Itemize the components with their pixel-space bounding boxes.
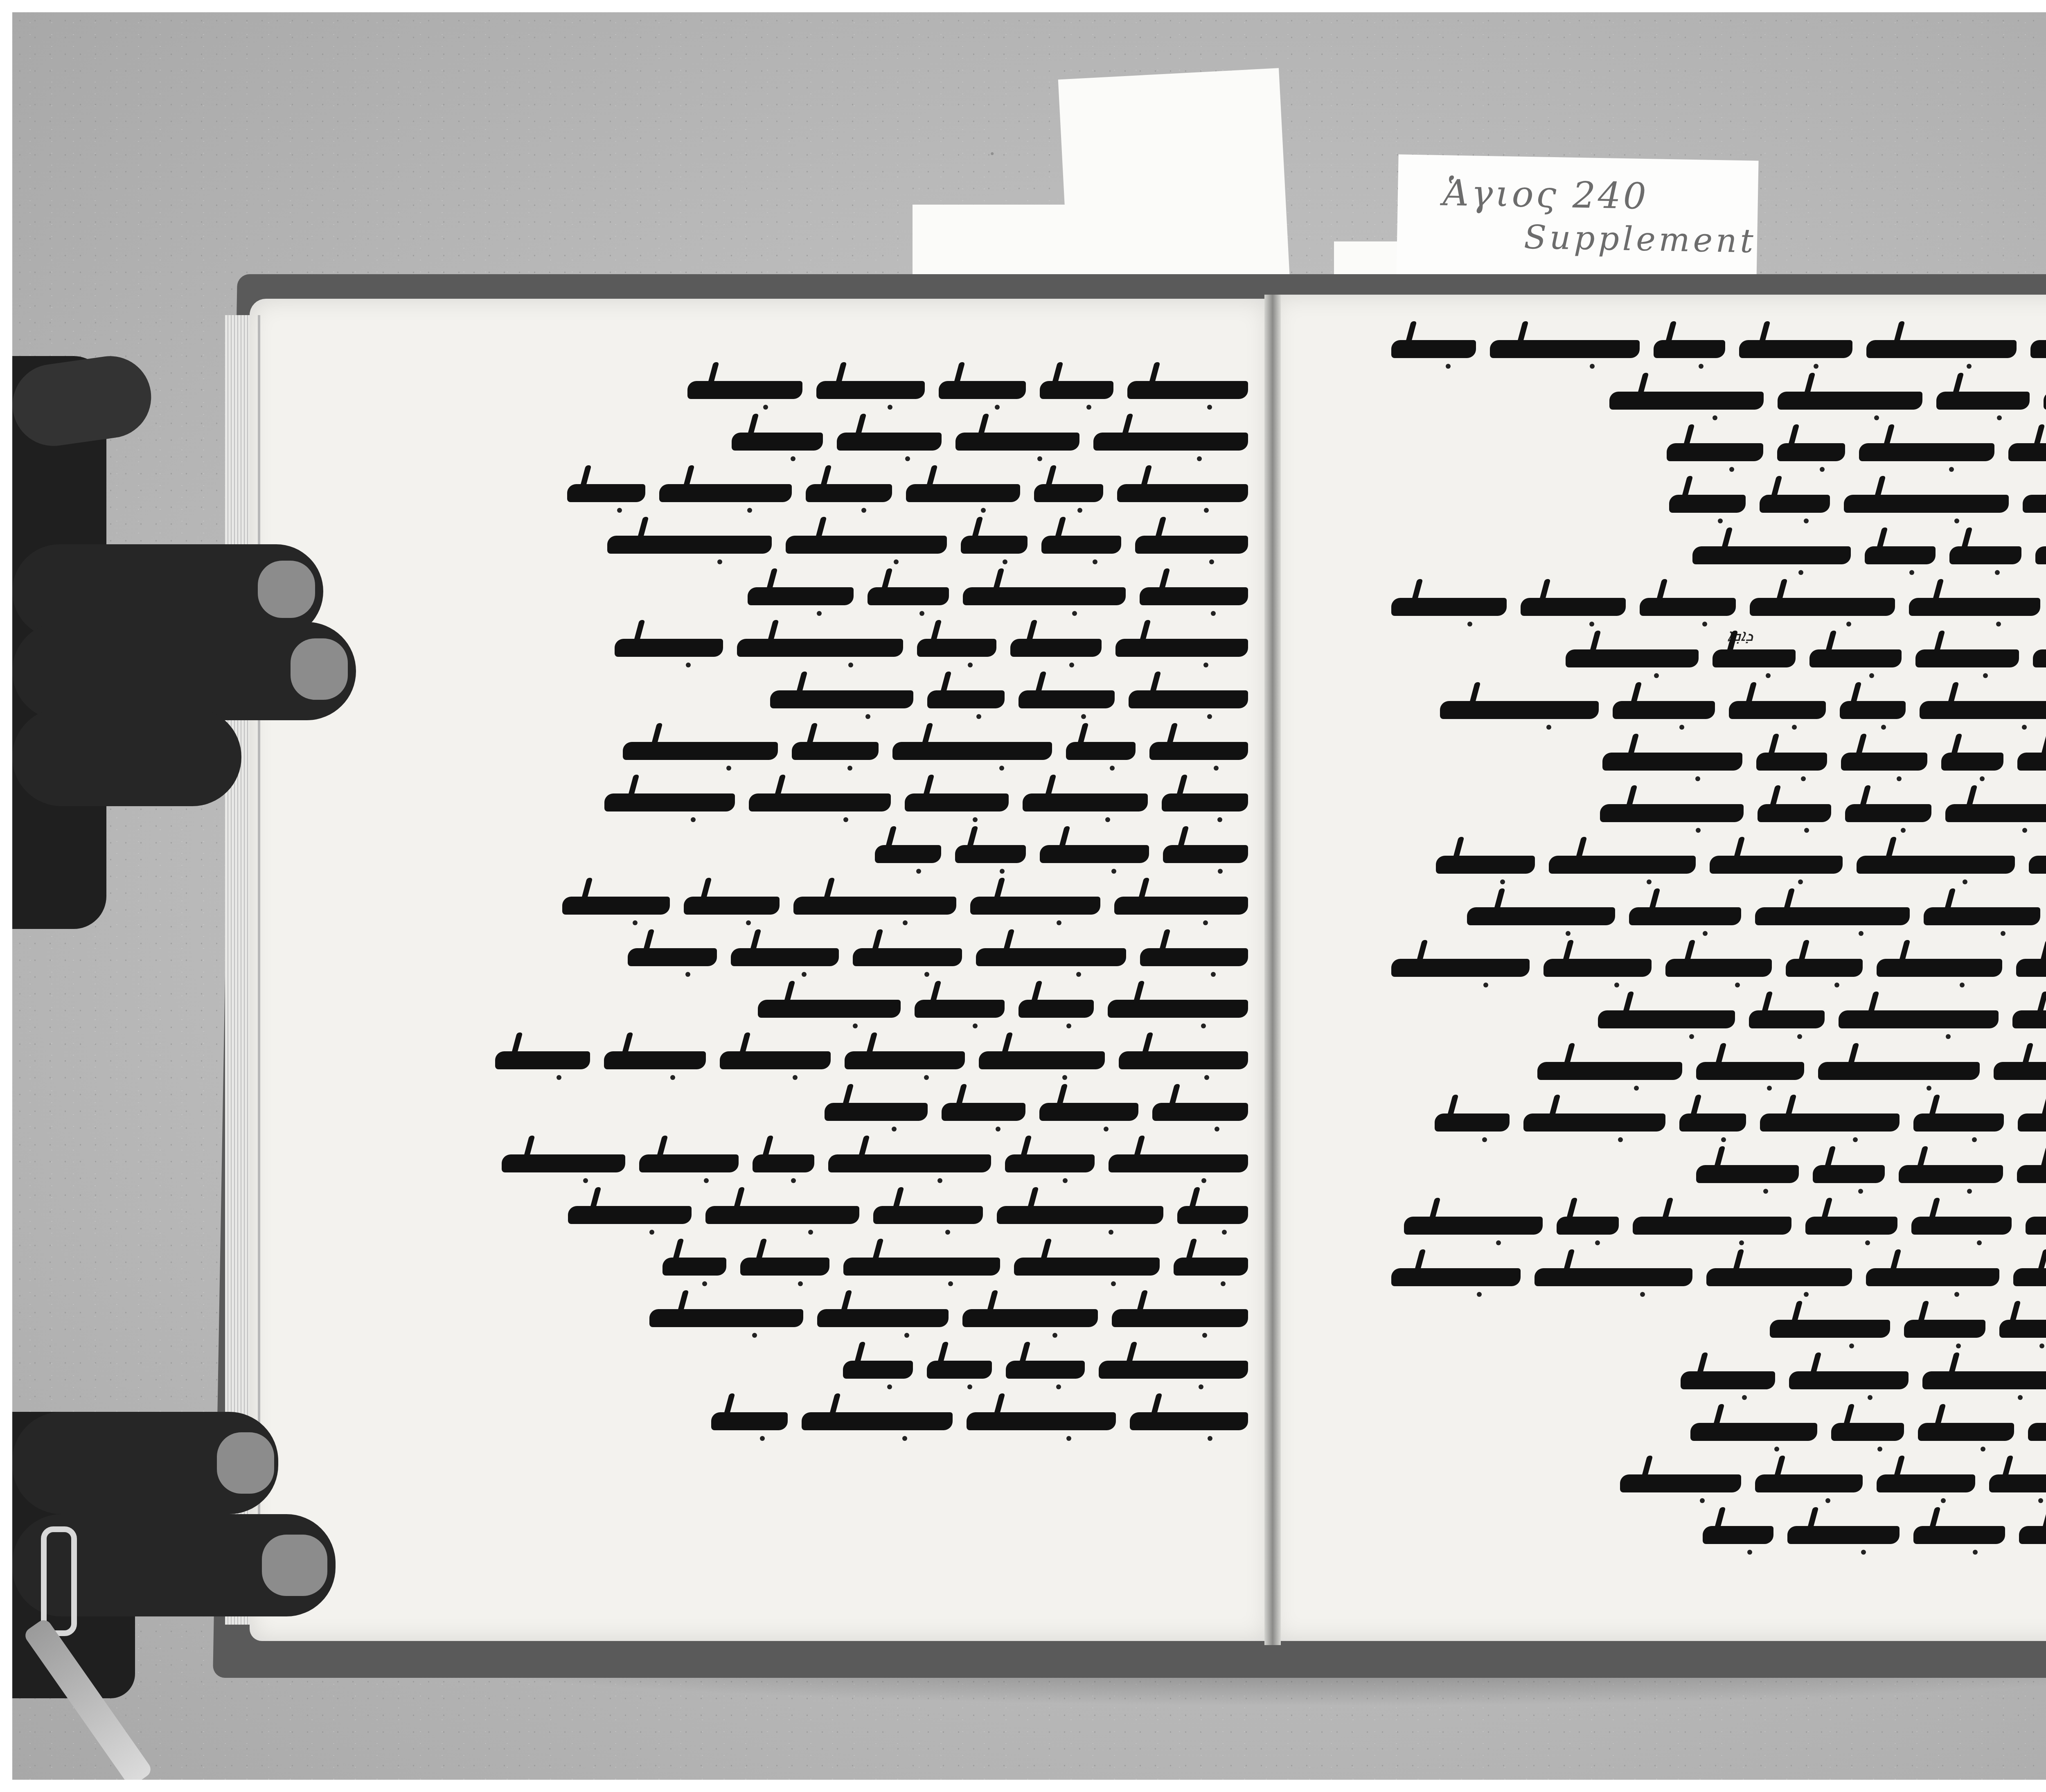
script-word [684,897,780,915]
script-word [1006,1361,1085,1379]
script-word [1598,1010,1735,1028]
script-line [495,1241,1248,1292]
shelfmark-number: Ἁγιος 240 [1442,171,1649,217]
script-word [1994,1062,2046,1080]
script-line [495,1086,1248,1138]
script-word [963,587,1126,605]
script-word [1911,1217,2012,1235]
script-word [1602,753,1742,771]
script-word [1391,959,1530,977]
script-word [2008,443,2046,461]
script-line [495,674,1248,725]
script-word [748,587,854,605]
script-word [1936,392,2030,410]
script-word [837,433,942,451]
script-word [1109,1154,1248,1172]
script-word [1789,1371,1909,1389]
script-word [942,1103,1025,1121]
left-page-text [495,364,1248,1447]
script-word [1023,793,1148,811]
script-line [495,983,1248,1035]
script-word [1391,340,1476,358]
script-line [1391,787,2046,839]
script-word [2016,959,2046,977]
script-word [979,1051,1105,1069]
script-word [2012,1010,2046,1028]
fingernail [258,561,315,618]
script-word [1805,1217,1897,1235]
script-word [2017,1165,2046,1183]
script-word [1099,1361,1248,1379]
script-word [1949,546,2021,564]
script-line [495,1035,1248,1086]
script-word [1729,701,1826,719]
script-word [711,1412,788,1430]
script-word [1941,753,2003,771]
script-word [1739,340,1852,358]
script-word [1877,1474,1975,1492]
script-word [1665,959,1772,977]
script-word [967,1412,1116,1430]
script-word [843,1361,913,1379]
script-word [1114,897,1248,915]
script-line [495,880,1248,931]
script-word [1770,1320,1890,1338]
script-word [1913,1526,2005,1544]
script-word [906,484,1020,502]
script-word [1127,381,1248,399]
script-word [1010,639,1102,657]
script-word [1034,484,1103,502]
script-word [1756,753,1827,771]
script-line [1391,530,2046,581]
script-word [1640,598,1736,616]
script-word [976,948,1126,966]
script-line [1391,1097,2046,1148]
script-line [1391,684,2046,736]
script-word [2023,495,2046,513]
script-word [1760,495,1830,513]
script-line [495,1344,1248,1395]
script-word [1040,845,1149,863]
shelfmark-supplement: Supplement [1523,218,1757,260]
script-word [1841,753,1927,771]
script-word [732,433,823,451]
script-word [1915,649,2019,667]
script-word [607,536,772,554]
script-word [1999,1320,2046,1338]
script-word [955,433,1079,451]
script-word [1778,392,1922,410]
script-word [1690,1423,1817,1441]
script-word [1696,1062,1804,1080]
script-word [915,1000,1005,1018]
script-word [997,1206,1163,1224]
script-word [628,948,717,966]
script-word [1108,1000,1248,1018]
script-word [604,793,735,811]
script-word [1018,690,1115,708]
script-line [1391,426,2046,478]
script-word [1713,649,1796,667]
paper-scrap-tall [1058,68,1291,308]
script-word [802,1412,953,1430]
script-line [1391,736,2046,787]
script-word [1115,639,1248,657]
script-word [737,639,903,657]
script-word [816,381,925,399]
script-word [1865,546,1936,564]
script-word [1920,701,2046,719]
script-word [1924,907,2040,925]
script-word [1786,959,1863,977]
script-line [1391,1303,2046,1355]
script-line [495,931,1248,983]
script-word [1945,804,2046,822]
script-word [1130,1412,1248,1430]
script-word [2044,392,2046,410]
script-word [1809,649,1902,667]
script-word [1436,856,1535,874]
script-word [1135,536,1248,554]
script-word [1696,1165,1799,1183]
script-line [495,1395,1248,1447]
book-gutter [1264,295,1281,1645]
script-word [1831,1423,1904,1441]
script-word [1857,856,2015,874]
script-line [1391,1200,2046,1251]
script-word [905,793,1009,811]
script-line [495,1189,1248,1241]
script-word [843,1258,1000,1276]
script-word [962,1309,1098,1327]
script-word [687,381,802,399]
script-word [1066,742,1136,760]
script-word [1521,598,1626,616]
script-line [495,828,1248,880]
script-word [1989,1474,2046,1492]
script-word [1613,701,1715,719]
script-word [1654,340,1725,358]
script-word [1152,1103,1248,1121]
script-word [604,1051,706,1069]
script-word [806,484,892,502]
script-word [1918,1423,2014,1441]
script-word [1877,959,2003,977]
script-word [853,948,962,966]
script-line [1391,994,2046,1045]
fingernail [217,1432,274,1494]
script-word [1490,340,1640,358]
script-word [1018,1000,1094,1018]
script-word [1787,1526,1900,1544]
ring [41,1526,77,1636]
script-line [1391,839,2046,890]
script-word [845,1051,965,1069]
fingernail [291,638,348,700]
script-line [495,416,1248,467]
script-word [1177,1206,1248,1224]
script-line [1391,1045,2046,1097]
script-word [1014,1258,1160,1276]
script-word [1093,433,1248,451]
script-word [873,1206,983,1224]
script-word [1710,856,1843,874]
script-word [875,845,941,863]
script-word [1620,1474,1741,1492]
script-word [1557,1217,1619,1235]
script-word [720,1051,831,1069]
script-word [939,381,1026,399]
script-word [1904,1320,1985,1338]
script-word [1005,1154,1095,1172]
script-word [2017,753,2046,771]
script-line [1391,323,2046,375]
script-word [753,1154,814,1172]
script-word [825,1103,928,1121]
script-word [649,1309,803,1327]
script-word [1537,1062,1682,1080]
script-line [1391,890,2046,942]
script-word [786,536,947,554]
script-line [1391,478,2046,530]
script-word [1755,1474,1863,1492]
script-word [615,639,723,657]
script-line [1391,375,2046,426]
script-word [1039,1103,1138,1121]
script-word [2030,340,2046,358]
script-word [961,536,1028,554]
script-word [495,1051,590,1069]
script-word [1813,1165,1885,1183]
script-word [639,1154,739,1172]
script-word [662,1258,726,1276]
script-word [502,1154,625,1172]
script-word [1866,340,2017,358]
script-word [1758,804,1831,822]
script-word [1899,1165,2003,1183]
script-word [1600,804,1744,822]
script-word [2029,856,2046,874]
script-line [495,1138,1248,1189]
script-word [731,948,839,966]
script-word [917,639,996,657]
script-line [1391,1406,2046,1458]
script-word [1777,443,1845,461]
script-line [1391,1458,2046,1509]
script-word [2028,1423,2046,1441]
script-word [1140,948,1248,966]
script-line [495,570,1248,622]
script-word [1681,1371,1775,1389]
script-word [1435,1114,1510,1132]
script-word [970,897,1100,915]
script-word [1162,793,1248,811]
script-word [1404,1217,1543,1235]
script-line [495,364,1248,416]
script-word [1549,856,1696,874]
script-word [892,742,1052,760]
script-word [2018,1114,2046,1132]
script-line [495,622,1248,674]
shelfmark-label: Ἁγιος 240 Supplement [1396,154,1758,283]
script-word [1755,907,1910,925]
script-word [1703,1526,1773,1544]
script-word [1040,381,1113,399]
script-word [1041,536,1121,554]
script-word [828,1154,991,1172]
script-word [1845,804,1931,822]
script-word [1140,587,1248,605]
script-word [1840,701,1906,719]
script-word [2035,546,2046,564]
script-word [1117,484,1248,502]
script-word [623,742,778,760]
script-word [705,1206,859,1224]
script-word [1859,443,1994,461]
script-word [1667,443,1763,461]
script-word [740,1258,829,1276]
script-word [562,897,670,915]
script-line [1391,942,2046,994]
script-line [1391,1509,2046,1561]
script-word [659,484,792,502]
script-word [2033,649,2046,667]
script-line [1391,1148,2046,1200]
script-word [1174,1258,1248,1276]
script-word [1760,1114,1900,1132]
script-word [1750,598,1895,616]
script-word [1149,742,1248,760]
script-word [793,897,956,915]
script-line [1391,633,2046,684]
script-word [1609,392,1764,410]
manuscript-photo: Ἁγιος 240 Supplement ܒ݂ ܕܐܒ݂ܐ [12,12,2046,1780]
script-line [495,725,1248,777]
script-word [1163,845,1248,863]
script-line [495,519,1248,570]
script-word [1749,1010,1825,1028]
script-word [1391,598,1507,616]
script-word [1909,598,2041,616]
fingernail [262,1535,327,1596]
script-word [568,1206,692,1224]
script-word [1467,907,1615,925]
script-word [2026,1217,2046,1235]
script-word [1706,1268,1852,1286]
script-word [1679,1114,1746,1132]
script-word [1633,1217,1791,1235]
script-line [495,467,1248,519]
script-word [817,1309,949,1327]
script-word [1839,1010,1999,1028]
script-line [495,777,1248,828]
script-word [1129,690,1248,708]
script-word [770,690,913,708]
script-word [927,690,1005,708]
script-word [1112,1309,1248,1327]
script-word [1866,1268,1999,1286]
finger [12,708,241,806]
script-line [1391,1355,2046,1406]
script-word [1119,1051,1248,1069]
script-word [1534,1268,1692,1286]
script-line [495,1292,1248,1344]
script-word [1440,701,1599,719]
script-word [749,793,891,811]
script-word [1523,1114,1665,1132]
script-word [567,484,645,502]
script-line [1391,1251,2046,1303]
script-word [758,1000,901,1018]
script-word [1692,546,1851,564]
script-word [1922,1371,2046,1389]
script-word [1913,1114,2004,1132]
script-word [2013,1268,2046,1286]
script-word [868,587,949,605]
script-line [1391,581,2046,633]
script-word [1566,649,1699,667]
script-word [2019,1526,2046,1544]
script-word [1669,495,1746,513]
script-word [1391,1268,1521,1286]
right-page-text [1391,323,2046,1561]
script-word [1818,1062,1980,1080]
script-word [927,1361,992,1379]
script-word [792,742,879,760]
script-word [955,845,1026,863]
script-word [1844,495,2009,513]
script-word [1544,959,1652,977]
script-word [1629,907,1741,925]
